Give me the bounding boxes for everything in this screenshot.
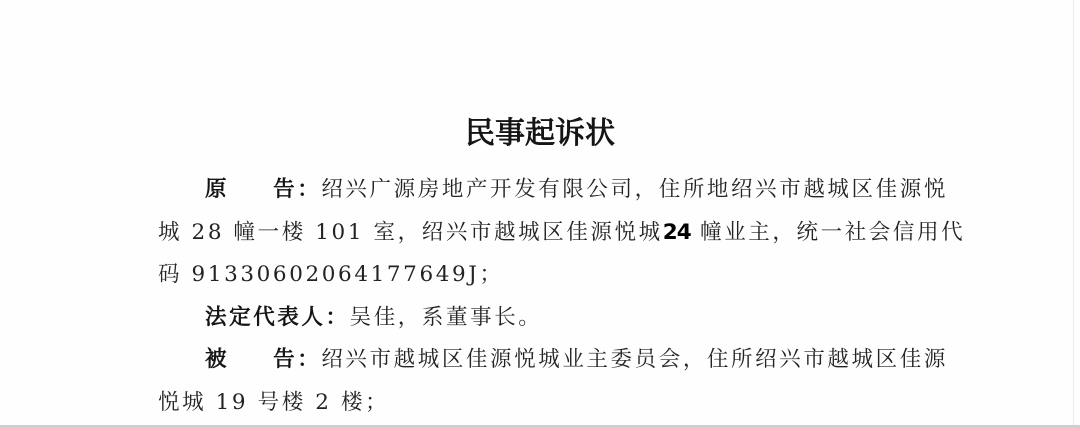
plaintiff-label-2: 告： — [273, 177, 321, 202]
defendant-label-2: 告： — [273, 347, 321, 372]
document-title: 民事起诉状 — [0, 108, 1080, 152]
plaintiff-line-2: 城 28 幢一楼 101 室，绍兴市越城区佳源悦城24 幢业主，统一社会信用代 — [158, 214, 910, 257]
legal-representative-text: 吴佳，系董事长。 — [350, 305, 543, 330]
document-page: 民事起诉状 原告：绍兴广源房地产开发有限公司，住所地绍兴市越城区佳源悦 城 28… — [0, 0, 1080, 428]
defendant-line-1: 被告：绍兴市越城区佳源悦城业主委员会，住所绍兴市越城区佳源 — [158, 341, 910, 384]
plaintiff-text-2a: 城 28 幢一楼 101 室，绍兴市越城区佳源悦城 — [158, 220, 663, 245]
plaintiff-text-1: 绍兴广源房地产开发有限公司，住所地绍兴市越城区佳源悦 — [321, 177, 948, 202]
altered-building-number: 24 — [663, 220, 691, 245]
plaintiff-text-2b: 幢业主，统一社会信用代 — [691, 220, 966, 245]
defendant-text-1: 绍兴市越城区佳源悦城业主委员会，住所绍兴市越城区佳源 — [321, 347, 948, 372]
page-edge-right — [1073, 0, 1074, 426]
defendant-label-1: 被 — [205, 347, 229, 372]
plaintiff-label-1: 原 — [205, 177, 229, 202]
defendant-line-2: 悦城 19 号楼 2 楼； — [158, 384, 910, 427]
plaintiff-credit-code: 码 91330602064177649J； — [158, 262, 504, 287]
legal-representative-line: 法定代表人：吴佳，系董事长。 — [158, 299, 910, 342]
defendant-text-2: 悦城 19 号楼 2 楼； — [158, 390, 389, 415]
document-body: 原告：绍兴广源房地产开发有限公司，住所地绍兴市越城区佳源悦 城 28 幢一楼 1… — [158, 171, 910, 426]
plaintiff-line-1: 原告：绍兴广源房地产开发有限公司，住所地绍兴市越城区佳源悦 — [158, 171, 910, 214]
plaintiff-line-3: 码 91330602064177649J； — [158, 256, 910, 299]
legal-representative-label: 法定代表人： — [205, 305, 350, 330]
